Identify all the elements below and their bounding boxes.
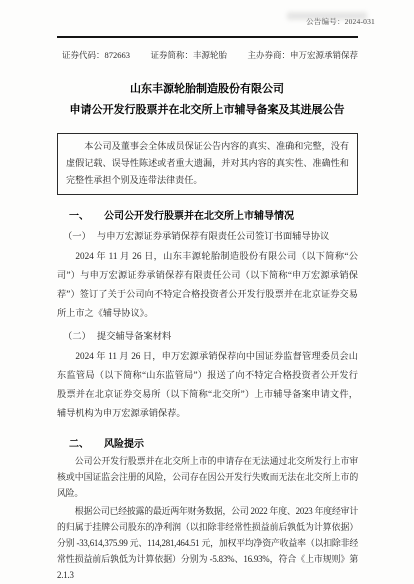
section-2-paragraph-1: 公司公开发行股票并在北交所上市的申请存在无法通过北交所发行上市审核或中国证监会注… (57, 454, 358, 501)
announcement-document-page: 公告编号：2024-031 证券代码：872663 证券简称：丰源轮胎 主办券商… (0, 0, 414, 584)
scan-artifact (287, 12, 367, 20)
header-rule (57, 36, 358, 38)
announcement-title: 申请公开发行股票并在北交所上市辅导备案及其进展公告 (40, 104, 374, 117)
section-2-title: 风险提示 (104, 439, 144, 450)
company-name-title: 山东丰源轮胎制造股份有限公司 (40, 83, 374, 96)
section-2-number: 二、 (69, 438, 89, 451)
section-1-heading: 一、公司公开发行股票并在北交所上市辅导情况 (57, 210, 358, 223)
securities-shortname-label: 证券简称：丰源轮胎 (150, 49, 227, 61)
subsection-1-2-number: （二） (63, 331, 91, 344)
section-1-paragraph-1: 2024 年 11 月 26 日，山东丰源轮胎制造股份有限公司（以下简称“公司”… (57, 247, 358, 323)
section-2-paragraph-2: 根据公司已经披露的最近两年财务数据，公司 2022 年度、2023 年度经审计的… (57, 504, 358, 583)
section-1-number: 一、 (69, 210, 89, 223)
subsection-1-1-heading: （一）与申万宏源证券承销保荐有限责任公司签订书面辅导协议 (57, 231, 358, 244)
securities-code-label: 证券代码：872663 (62, 49, 130, 61)
section-1-paragraph-2: 2024 年 11 月 26 日，申万宏源承销保荐向中国证券监督管理委员会山东监… (57, 347, 358, 423)
disclaimer-box: 本公司及董事会全体成员保证公告内容的真实、准确和完整，没有虚假记载、误导性陈述或… (57, 133, 358, 195)
subsection-1-2-heading: （二）提交辅导备案材料 (57, 331, 358, 344)
section-1-title: 公司公开发行股票并在北交所上市辅导情况 (104, 211, 294, 222)
sponsor-label: 主办券商：申万宏源承销保荐 (247, 49, 358, 61)
disclaimer-text: 本公司及董事会全体成员保证公告内容的真实、准确和完整，没有虚假记载、误导性陈述或… (66, 138, 349, 189)
subsection-1-2-title: 提交辅导备案材料 (97, 332, 171, 342)
section-2-heading: 二、风险提示 (57, 438, 358, 451)
subsection-1-1-number: （一） (63, 231, 91, 244)
securities-info-row: 证券代码：872663 证券简称：丰源轮胎 主办券商：申万宏源承销保荐 (62, 49, 358, 61)
subsection-1-1-title: 与申万宏源证券承销保荐有限责任公司签订书面辅导协议 (97, 232, 329, 242)
